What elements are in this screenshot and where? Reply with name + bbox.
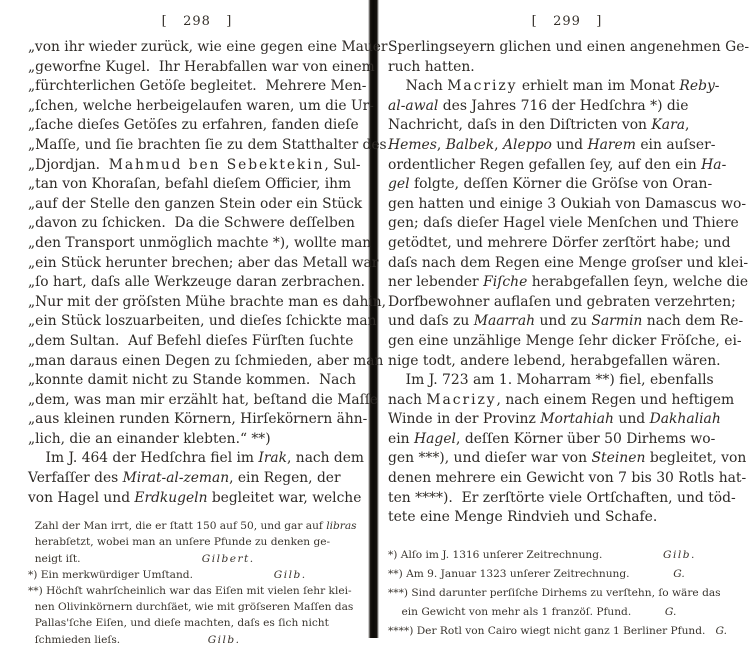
text-line: nach Macrizy, nach einem Regen und hefti… [388, 391, 746, 411]
text-segment: getödtet, und mehrere Dörfer zerſtört ha… [388, 235, 731, 251]
text-segment: „von ihr wieder zurück, wie eine gegen e… [28, 39, 387, 55]
text-segment: *) Alſo im J. 1316 unſerer Zeitrechnung. [388, 549, 663, 561]
text-segment: ner lebender [388, 274, 483, 290]
text-line: Nachricht, daſs in den Diſtricten von Ka… [388, 116, 746, 136]
italic-text: Maarrah [474, 313, 535, 329]
text-segment: ein auſser- [636, 137, 716, 153]
italic-text: gel [388, 176, 410, 192]
text-segment: , [685, 117, 689, 133]
italic-text: Ha- [701, 157, 726, 173]
text-segment: „ſchen, welche herbeigelaufen waren, um … [28, 98, 374, 114]
text-line: ten ****). Er zerſtörte viele Ortſchafte… [388, 489, 746, 509]
text-segment: von Hagel und [28, 490, 134, 506]
text-line: Nach Macrizy erhielt man im Monat Reby- [388, 77, 746, 97]
body-text-right: Sperlingseyern glichen und einen angeneh… [388, 38, 746, 528]
text-line: „aus kleinen runden Körnern, Hirſekörner… [28, 410, 366, 430]
text-segment: , nach einem Regen und heftigem [497, 392, 735, 408]
text-segment: Nach [388, 78, 447, 94]
text-line: Sperlingseyern glichen und einen angeneh… [388, 38, 746, 58]
text-segment: ordentlicher Regen gefallen ſey, auf den… [388, 157, 701, 173]
text-segment: folgte, deſſen Körner die Gröſse von Ora… [410, 176, 713, 192]
text-segment: , deſſen Körner über 50 Dirhems wo- [456, 431, 715, 447]
text-segment: Verfaſſer des [28, 470, 123, 486]
text-segment: Winde in der Provinz [388, 411, 540, 427]
text-line: „dem, was man mir erzählt hat, beſtand d… [28, 391, 366, 411]
text-line: Verfaſſer des Mirat-al-zeman, ein Regen,… [28, 469, 366, 489]
text-line: „von ihr wieder zurück, wie eine gegen e… [28, 38, 366, 58]
italic-text: Gilb. [208, 634, 241, 646]
text-line: „geworfne Kugel. Ihr Herabfallen war von… [28, 58, 366, 78]
text-segment: „Nur mit der gröſsten Mühe brachte man e… [28, 294, 386, 310]
spaced-name-text: Macrizy [447, 78, 517, 94]
text-segment: Sperlingseyern glichen und einen angeneh… [388, 39, 749, 55]
text-segment: , [494, 137, 503, 153]
text-segment: Pallas'ſche Eiſen, und dieſe machten, da… [28, 617, 329, 629]
text-segment: Im J. 464 der Hedſchra fiel im [28, 450, 258, 466]
italic-text: al-awal [388, 98, 438, 114]
text-segment: , ein Regen, der [229, 470, 340, 486]
text-line: nige todt, andere lebend, herabgefallen … [388, 352, 746, 372]
text-segment: „fürchterlichen Getöſe begleitet. Mehrer… [28, 78, 366, 94]
text-segment: nach [388, 392, 426, 408]
text-line: daſs nach dem Regen eine Menge groſser u… [388, 254, 746, 274]
text-segment: **) Höchſt wahrſcheinlich war das Eiſen … [28, 585, 352, 597]
text-segment: „geworfne Kugel. Ihr Herabfallen war von… [28, 59, 375, 75]
text-line: „auf der Stelle den ganzen Stein oder ei… [28, 195, 366, 215]
text-line: Im J. 723 am 1. Moharram **) fiel, ebenf… [388, 371, 746, 391]
text-segment: gen; daſs dieſer Hagel viele Menſchen un… [388, 215, 739, 231]
text-segment: „Maſſe, und ſie brachten ſie zu dem Stat… [28, 137, 387, 153]
text-line: „lich, die an einander klebten.“ **) [28, 430, 366, 450]
spaced-name-text: Macrizy [426, 392, 496, 408]
text-segment: ein Gewicht von mehr als 1 franzöſ. Pfun… [388, 606, 665, 618]
text-segment: nen Olivinkörnern durchſäet, wie mit grö… [28, 601, 353, 613]
text-segment: „ſo hart, daſs alle Werkzeuge daran zerb… [28, 274, 365, 290]
italic-text: G. [716, 625, 727, 637]
text-line: ſchmieden lieſs. Gilb. [28, 632, 366, 648]
text-segment: gen hatten und einige 3 Oukiah von Damas… [388, 196, 746, 212]
text-segment: **) Am 9. Januar 1323 unſerer Zeitrechnu… [388, 568, 673, 580]
text-segment: „tan von Khoraſan, befahl dieſem Officie… [28, 176, 351, 192]
text-line: nen Olivinkörnern durchſäet, wie mit grö… [28, 599, 366, 615]
italic-text: Harem [587, 137, 635, 153]
text-line: „ein Stück herunter brechen; aber das Me… [28, 254, 366, 274]
text-segment: Dorfbewohner auflaſen und gebraten verze… [388, 294, 736, 310]
text-segment: Nachricht, daſs in den Diſtricten von [388, 117, 651, 133]
text-segment: „dem, was man mir erzählt hat, beſtand d… [28, 392, 378, 408]
text-line: ein Gewicht von mehr als 1 franzöſ. Pfun… [388, 603, 746, 622]
text-segment: , nach dem [287, 450, 364, 466]
page-right: [ 299 ] Sperlingseyern glichen und einen… [388, 0, 746, 641]
text-segment: Im J. 723 am 1. Moharram **) fiel, ebenf… [388, 372, 714, 388]
text-segment: ****) Der Rotl von Cairo wiegt nicht gan… [388, 625, 716, 637]
text-segment: gen eine unzählige Menge ſehr dicker Frö… [388, 333, 742, 349]
italic-text: Irak [258, 450, 287, 466]
text-line: Dorfbewohner auflaſen und gebraten verze… [388, 293, 746, 313]
text-segment: „davon zu ſchicken. Da die Schwere deſſe… [28, 215, 355, 231]
italic-text: Hemes [388, 137, 437, 153]
text-segment: ſchmieden lieſs. [28, 634, 208, 646]
text-segment: „aus kleinen runden Körnern, Hirſekörner… [28, 411, 367, 427]
page-left: [ 298 ] „von ihr wieder zurück, wie eine… [28, 0, 366, 648]
text-segment: herabgefallen ſeyn, welche die [527, 274, 748, 290]
text-line: tete eine Menge Rindvieh und Schafe. [388, 508, 746, 528]
text-line: **) Am 9. Januar 1323 unſerer Zeitrechnu… [388, 565, 746, 584]
text-line: neigt iſt. Gilbert. [28, 551, 366, 567]
italic-text: Gilb. [274, 569, 307, 581]
text-segment: „Djordjan. [28, 157, 109, 173]
text-line: al-awal des Jahres 716 der Hedſchra *) d… [388, 97, 746, 117]
page-number-right: [ 299 ] [388, 14, 746, 29]
book-spread: [ 298 ] „von ihr wieder zurück, wie eine… [0, 0, 750, 650]
text-segment: ein [388, 431, 414, 447]
text-line: gel folgte, deſſen Körner die Gröſse von… [388, 175, 746, 195]
italic-text: G. [673, 568, 684, 580]
italic-text: Steinen [592, 450, 646, 466]
text-segment: „auf der Stelle den ganzen Stein oder ei… [28, 196, 362, 212]
text-segment: und daſs zu [388, 313, 474, 329]
italic-text: Reby- [679, 78, 719, 94]
text-segment: , [437, 137, 446, 153]
text-line: „man daraus einen Degen zu ſchmieden, ab… [28, 352, 366, 372]
text-line: getödtet, und mehrere Dörfer zerſtört ha… [388, 234, 746, 254]
text-line: gen ***), und dieſer war von Steinen beg… [388, 449, 746, 469]
text-segment: des Jahres 716 der Hedſchra *) die [438, 98, 688, 114]
page-number-left: [ 298 ] [28, 14, 366, 29]
text-segment: Zahl der Man irrt, die er ſtatt 150 auf … [28, 520, 326, 532]
text-segment: ten ****). Er zerſtörte viele Ortſchafte… [388, 490, 736, 506]
text-line: „konnte damit nicht zu Stande kommen. Na… [28, 371, 366, 391]
text-line: von Hagel und Erdkugeln begleitet war, w… [28, 489, 366, 509]
text-segment: „man daraus einen Degen zu ſchmieden, ab… [28, 353, 383, 369]
italic-text: Erdkugeln [134, 490, 207, 506]
italic-text: Gilb. [663, 549, 696, 561]
text-line: „Djordjan. Mahmud ben Sebektekin, Sul- [28, 156, 366, 176]
text-line: ein Hagel, deſſen Körner über 50 Dirhems… [388, 430, 746, 450]
text-line: ner lebender Fiſche herabgefallen ſeyn, … [388, 273, 746, 293]
italic-text: Fiſche [483, 274, 527, 290]
text-line: ***) Sind darunter perſiſche Dirhems zu … [388, 584, 746, 603]
text-line: Pallas'ſche Eiſen, und dieſe machten, da… [28, 615, 366, 631]
italic-text: Mirat-al-zeman [123, 470, 230, 486]
text-segment: begleitet war, welche [207, 490, 361, 506]
text-line: denen mehrere ein Gewicht von 7 bis 30 R… [388, 469, 746, 489]
text-segment: nach dem Re- [642, 313, 743, 329]
text-line: *) Alſo im J. 1316 unſerer Zeitrechnung.… [388, 546, 746, 565]
text-segment: „dem Sultan. Auf Befehl dieſes Fürſten ſ… [28, 333, 353, 349]
text-line: Hemes, Balbek, Aleppo und Harem ein auſs… [388, 136, 746, 156]
text-line: gen hatten und einige 3 Oukiah von Damas… [388, 195, 746, 215]
text-segment: gen ***), und dieſer war von [388, 450, 592, 466]
text-segment: herabſetzt, wobei man an unſere Pfunde z… [28, 536, 330, 548]
text-line: ordentlicher Regen gefallen ſey, auf den… [388, 156, 746, 176]
text-segment: daſs nach dem Regen eine Menge groſser u… [388, 255, 748, 271]
text-line: gen; daſs dieſer Hagel viele Menſchen un… [388, 214, 746, 234]
italic-text: Gilbert. [202, 553, 255, 565]
italic-text: G. [665, 606, 676, 618]
text-segment: „den Transport unmöglich machte *), woll… [28, 235, 371, 251]
body-text-left: „von ihr wieder zurück, wie eine gegen e… [28, 38, 366, 508]
text-line: „fürchterlichen Getöſe begleitet. Mehrer… [28, 77, 366, 97]
text-segment: tete eine Menge Rindvieh und Schafe. [388, 509, 657, 525]
text-segment: und zu [535, 313, 591, 329]
text-line: „tan von Khoraſan, befahl dieſem Officie… [28, 175, 366, 195]
italic-text: Kara [651, 117, 685, 133]
text-line: „Nur mit der gröſsten Mühe brachte man e… [28, 293, 366, 313]
text-segment: neigt iſt. [28, 553, 202, 565]
text-line: „den Transport unmöglich machte *), woll… [28, 234, 366, 254]
italic-text: Mortahiah [540, 411, 614, 427]
text-segment: *) Ein merkwürdiger Umſtand. [28, 569, 274, 581]
text-segment: erhielt man im Monat [517, 78, 679, 94]
text-segment: nige todt, andere lebend, herabgefallen … [388, 353, 721, 369]
text-line: gen eine unzählige Menge ſehr dicker Frö… [388, 332, 746, 352]
text-line: und daſs zu Maarrah und zu Sarmin nach d… [388, 312, 746, 332]
text-segment: ruch hatten. [388, 59, 475, 75]
text-line: Winde in der Provinz Mortahiah und Dakha… [388, 410, 746, 430]
footnotes-left: Zahl der Man irrt, die er ſtatt 150 auf … [28, 518, 366, 648]
text-line: *) Ein merkwürdiger Umſtand. Gilb. [28, 567, 366, 583]
italic-text: Hagel [414, 431, 456, 447]
text-segment: denen mehrere ein Gewicht von 7 bis 30 R… [388, 470, 746, 486]
italic-text: Sarmin [591, 313, 642, 329]
text-segment: begleitet, von [645, 450, 746, 466]
text-line: herabſetzt, wobei man an unſere Pfunde z… [28, 534, 366, 550]
text-line: „ein Stück loszuarbeiten, und dieſes ſch… [28, 312, 366, 332]
text-line: „davon zu ſchicken. Da die Schwere deſſe… [28, 214, 366, 234]
text-line: „ſchen, welche herbeigelaufen waren, um … [28, 97, 366, 117]
footnotes-right: *) Alſo im J. 1316 unſerer Zeitrechnung.… [388, 546, 746, 641]
text-segment: „ein Stück herunter brechen; aber das Me… [28, 255, 378, 271]
text-segment: „lich, die an einander klebten.“ **) [28, 431, 271, 447]
text-line: **) Höchſt wahrſcheinlich war das Eiſen … [28, 583, 366, 599]
text-line: „ſo hart, daſs alle Werkzeuge daran zerb… [28, 273, 366, 293]
text-line: Zahl der Man irrt, die er ſtatt 150 auf … [28, 518, 366, 534]
text-line: „ſache dieſes Getöſes zu erfahren, fande… [28, 116, 366, 136]
text-line: Im J. 464 der Hedſchra fiel im Irak, nac… [28, 449, 366, 469]
text-segment: und [552, 137, 588, 153]
text-segment: ***) Sind darunter perſiſche Dirhems zu … [388, 587, 721, 599]
italic-text: Aleppo [503, 137, 552, 153]
text-line: ruch hatten. [388, 58, 746, 78]
italic-text: Balbek [446, 137, 494, 153]
text-line: „Maſſe, und ſie brachten ſie zu dem Stat… [28, 136, 366, 156]
italic-text: Dakhaliah [650, 411, 721, 427]
text-segment: und [614, 411, 650, 427]
text-segment: „ſache dieſes Getöſes zu erfahren, fande… [28, 117, 359, 133]
text-segment: , Sul- [324, 157, 360, 173]
italic-text: libras [326, 520, 356, 532]
text-segment: „konnte damit nicht zu Stande kommen. Na… [28, 372, 356, 388]
text-segment: „ein Stück loszuarbeiten, und dieſes ſch… [28, 313, 377, 329]
text-line: „dem Sultan. Auf Befehl dieſes Fürſten ſ… [28, 332, 366, 352]
spaced-name-text: Mahmud ben Sebektekin [109, 157, 325, 173]
text-line: ****) Der Rotl von Cairo wiegt nicht gan… [388, 622, 746, 641]
